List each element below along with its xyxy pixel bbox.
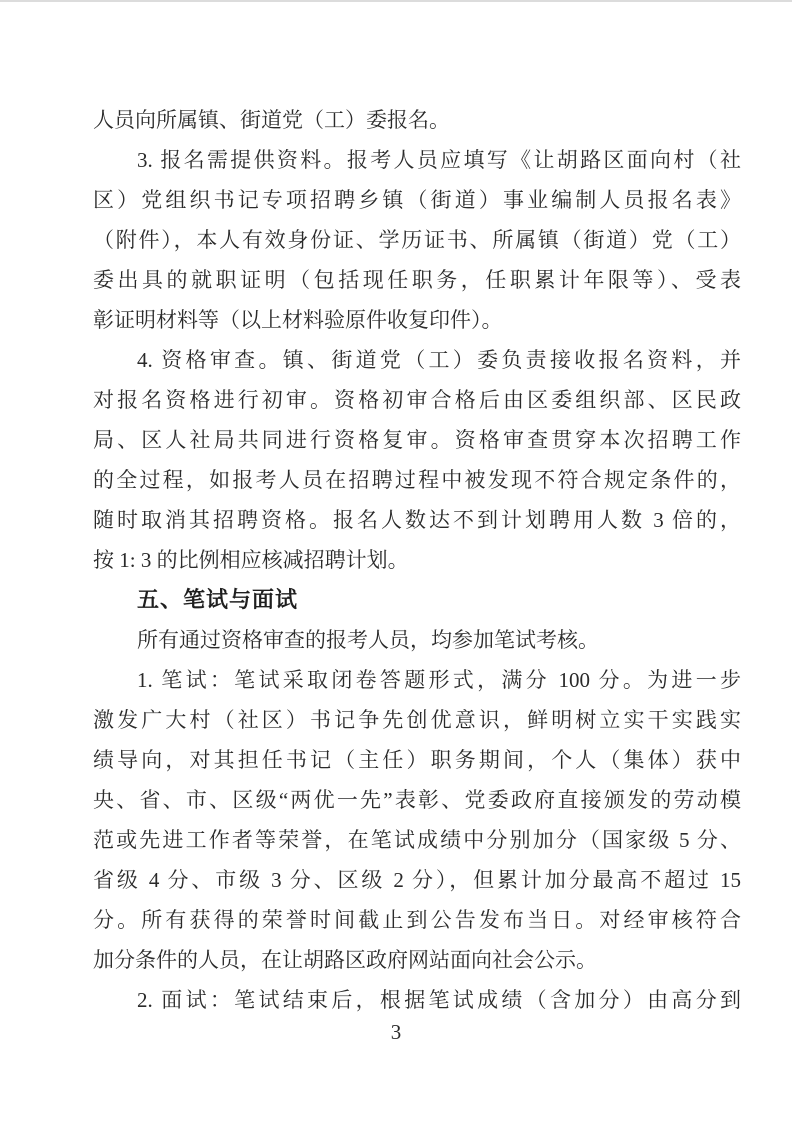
paragraph-line: 1. 笔试：笔试采取闭卷答题形式，满分 100 分。为进一步 xyxy=(93,660,741,700)
paragraph-line: （附件），本人有效身份证、学历证书、所属镇（街道）党（工） xyxy=(93,220,741,260)
paragraph-line: 委出具的就职证明（包括现任职务，任职累计年限等）、受表 xyxy=(93,260,741,300)
paragraph-line: 4. 资格审查。镇、街道党（工）委负责接收报名资料，并 xyxy=(93,340,741,380)
paragraph-line: 彰证明材料等（以上材料验原件收复印件）。 xyxy=(93,300,741,340)
paragraph-line: 区）党组织书记专项招聘乡镇（街道）事业编制人员报名表》 xyxy=(93,180,741,220)
paragraph-line: 随时取消其招聘资格。报名人数达不到计划聘用人数 3 倍的， xyxy=(93,500,741,540)
paragraph-line: 所有通过资格审查的报考人员，均参加笔试考核。 xyxy=(93,620,741,660)
paragraph-line: 央、省、市、区级“两优一先”表彰、党委政府直接颁发的劳动模 xyxy=(93,780,741,820)
paragraph-line: 人员向所属镇、街道党（工）委报名。 xyxy=(93,100,741,140)
paragraph-line: 绩导向，对其担任书记（主任）职务期间，个人（集体）获中 xyxy=(93,740,741,780)
paragraph-line: 3. 报名需提供资料。报考人员应填写《让胡路区面向村（社 xyxy=(93,140,741,180)
paragraph-line: 加分条件的人员，在让胡路区政府网站面向社会公示。 xyxy=(93,940,741,980)
section-heading: 五、笔试与面试 xyxy=(93,580,741,620)
paragraph-line: 分。所有获得的荣誉时间截止到公告发布当日。对经审核符合 xyxy=(93,900,741,940)
paragraph-line: 按 1: 3 的比例相应核减招聘计划。 xyxy=(93,540,741,580)
page-footer: 3 xyxy=(0,1012,792,1052)
page-number: 3 xyxy=(391,1020,402,1044)
paragraph-line: 局、区人社局共同进行资格复审。资格审查贯穿本次招聘工作 xyxy=(93,420,741,460)
paragraph-line: 对报名资格进行初审。资格初审合格后由区委组织部、区民政 xyxy=(93,380,741,420)
paragraph-line: 范或先进工作者等荣誉，在笔试成绩中分别加分（国家级 5 分、 xyxy=(93,820,741,860)
document-body: 人员向所属镇、街道党（工）委报名。 3. 报名需提供资料。报考人员应填写《让胡路… xyxy=(93,100,741,1020)
document-page: 人员向所属镇、街道党（工）委报名。 3. 报名需提供资料。报考人员应填写《让胡路… xyxy=(0,0,792,1121)
paragraph-line: 省级 4 分、市级 3 分、区级 2 分），但累计加分最高不超过 15 xyxy=(93,860,741,900)
paragraph-line: 激发广大村（社区）书记争先创优意识，鲜明树立实干实践实 xyxy=(93,700,741,740)
scan-edge-line xyxy=(0,0,792,2)
paragraph-line: 的全过程，如报考人员在招聘过程中被发现不符合规定条件的， xyxy=(93,460,741,500)
